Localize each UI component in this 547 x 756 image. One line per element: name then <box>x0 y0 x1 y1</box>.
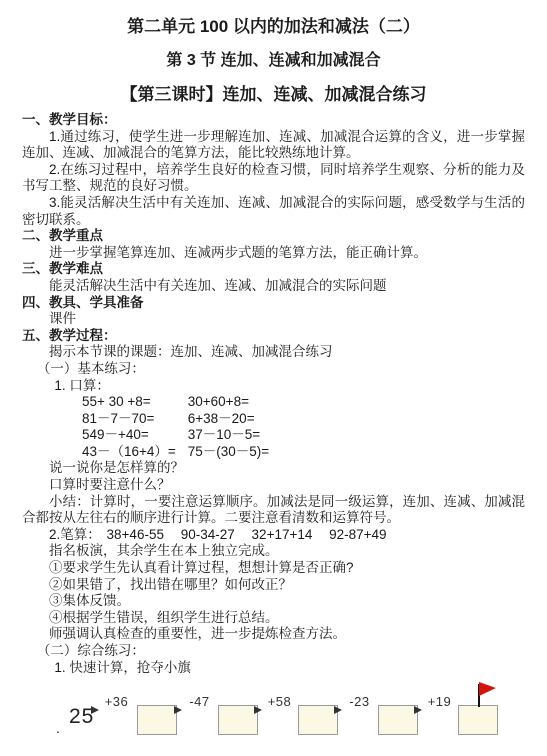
oral-question: 口算时要注意什么？ <box>22 477 525 494</box>
oral-problem: 55+ 30 +8= <box>82 394 184 411</box>
oral-problem: 75－(30－5)= <box>188 444 269 459</box>
objective-item: 1.通过练习，使学生进一步理解连加、连减、加减混合运算的含义，进一步掌握连加、连… <box>22 129 525 162</box>
answer-box <box>378 705 418 735</box>
materials-heading: 四、教具、学具准备 <box>22 295 525 312</box>
document-body: 一、教学目标： 1.通过练习，使学生进一步理解连加、连减、加减混合运算的含义，进… <box>22 112 525 756</box>
answer-box <box>298 705 338 735</box>
answer-box <box>218 705 258 735</box>
written-problem: 92-87+49 <box>329 527 386 542</box>
objectives-heading: 一、教学目标： <box>22 112 525 129</box>
flag-chain-exercise: . 25 +36 -47 +58 -23 + <box>22 680 525 756</box>
chain-operation: -47 <box>180 695 219 709</box>
written-math-line: 2.笔算： 38+46-55 90-34-27 32+17+14 92-87+4… <box>22 527 525 544</box>
written-problem: 38+46-55 <box>107 527 164 542</box>
oral-math-row: 81－7－70= 6+38－20= <box>22 411 525 428</box>
basic-practice-heading: （一）基本练习： <box>22 361 525 378</box>
key-points-body: 进一步掌握笔算连加、连减两步式题的笔算方法，能正确计算。 <box>22 245 525 262</box>
objective-item: 2.在练习过程中，培养学生良好的检查习惯，同时培养学生观察、分析的能力及书写工整… <box>22 162 525 195</box>
key-points-heading: 二、教学重点 <box>22 228 525 245</box>
flag-cloth <box>479 682 496 696</box>
oral-problem: 30+60+8= <box>188 394 249 409</box>
chain-operation: +19 <box>420 695 459 709</box>
operation-label: +58 <box>260 695 299 709</box>
process-intro: 揭示本节课的课题：连加、连减、加减混合练习 <box>22 344 525 361</box>
operation-label: +19 <box>420 695 459 709</box>
operation-label: -47 <box>180 695 219 709</box>
unit-title: 第二单元 100 以内的加法和减法（二） <box>22 10 525 44</box>
operation-label: -23 <box>340 695 379 709</box>
written-emphasis: 师强调认真检查的重要性，进一步提炼检查方法。 <box>22 626 525 643</box>
lesson-title: 【第三课时】连加、连减、加减混合练习 <box>22 78 525 112</box>
chain-operation: +58 <box>260 695 299 709</box>
oral-problem: 37－10－5= <box>188 427 260 442</box>
difficulties-heading: 三、教学难点 <box>22 261 525 278</box>
difficulties-body: 能灵活解决生活中有关连加、连减、加减混合的实际问题 <box>22 278 525 295</box>
oral-math-label: 1. 口算： <box>22 378 525 395</box>
process-heading: 五、教学过程： <box>22 328 525 345</box>
operation-label: +36 <box>97 695 136 709</box>
written-step: ④根据学生错误，组织学生进行总结。 <box>22 610 525 627</box>
chain-operation: -23 <box>340 695 379 709</box>
written-step: ②如果错了，找出错在哪里？如何改正？ <box>22 577 525 594</box>
materials-body: 课件 <box>22 311 525 328</box>
oral-question: 说一说你是怎样算的？ <box>22 460 525 477</box>
lesson-plan-page: 第二单元 100 以内的加法和减法（二） 第 3 节 连加、连减和加减混合 【第… <box>0 0 547 756</box>
oral-math-row: 549－+40= 37－10－5= <box>22 427 525 444</box>
answer-box <box>137 705 177 735</box>
chain-operation: +36 <box>97 695 136 709</box>
red-flag-icon <box>477 682 499 707</box>
oral-math-row: 55+ 30 +8= 30+60+8= <box>22 394 525 411</box>
list-marker-dot: . <box>56 720 60 737</box>
written-step: ③集体反馈。 <box>22 593 525 610</box>
oral-math-row: 43－（16+4）= 75－(30－5)= <box>22 444 525 461</box>
comprehensive-item: 1. 快速计算，抢夺小旗 <box>22 660 525 677</box>
written-note: 指名板演，其余学生在本上独立完成。 <box>22 543 525 560</box>
written-problem: 32+17+14 <box>252 527 313 542</box>
oral-problem: 549－+40= <box>82 427 184 444</box>
written-math-label: 2.笔算： <box>49 527 101 542</box>
written-step: ①要求学生先认真看计算过程，想想计算是否正确? <box>22 560 525 577</box>
written-problem: 90-34-27 <box>181 527 235 542</box>
oral-problem: 43－（16+4）= <box>82 444 184 461</box>
section-title: 第 3 节 连加、连减和加减混合 <box>22 44 525 78</box>
answer-box goal-box <box>458 705 498 735</box>
oral-problem: 81－7－70= <box>82 411 184 428</box>
comprehensive-practice-heading: （二）综合练习： <box>22 643 525 660</box>
objective-item: 3.能灵活解决生活中有关连加、连减、加减混合的实际问题，感受数学与生活的密切联系… <box>22 195 525 228</box>
oral-problem: 6+38－20= <box>188 411 255 426</box>
oral-summary: 小结：计算时，一要注意运算顺序。加减法是同一级运算，连加、连减、加减混合都按从左… <box>22 494 525 527</box>
